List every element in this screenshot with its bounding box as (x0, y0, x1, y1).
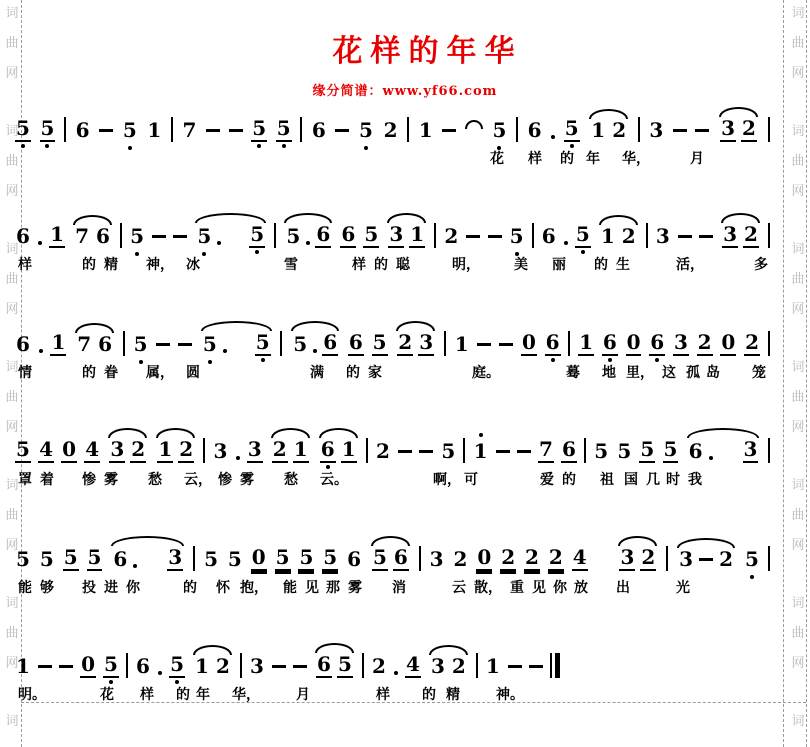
lyric-char: 华， (622, 148, 650, 168)
duration-dash (477, 343, 491, 346)
slur-group: 23 (395, 330, 436, 356)
source-subtitle: 缘分简谱：www.yf66.com (0, 80, 810, 99)
music-note: 2 (272, 437, 288, 463)
watermark-char: 词 (790, 6, 806, 21)
lyric-char: 罩 (18, 469, 32, 489)
lyric-char: 属， (146, 362, 174, 382)
music-note: 2 (744, 330, 760, 356)
barline (419, 546, 421, 571)
lyric-char: 爱 (540, 469, 554, 489)
music-note: 5 (276, 116, 292, 142)
lyric-row: 情的眷属，圆满的家庭。蓦地里，这孤岛笼 (15, 362, 810, 382)
lyric-char: 花 (100, 684, 114, 704)
slur-group: 32 (676, 547, 736, 571)
lyric-char: 消 (392, 577, 406, 597)
music-note: 5 (196, 224, 212, 248)
music-note: 1 (194, 654, 210, 678)
augmentation-dot (38, 241, 42, 245)
music-note: 5 (363, 222, 379, 248)
song-title: 花样的年华 (45, 26, 810, 70)
music-line-5: 555563550555656320222432325能够投进你的怀抱，能见那雾… (0, 531, 810, 611)
music-note: 2 (697, 330, 713, 356)
music-note: 5 (616, 439, 632, 463)
music-note: 3 (430, 654, 446, 678)
music-note: 6 (316, 652, 332, 678)
barline (768, 331, 770, 356)
tie-arc-icon (465, 120, 483, 129)
music-note: 5 (509, 224, 525, 248)
music-note: 5 (87, 545, 103, 571)
duration-dash (178, 343, 192, 346)
final-barline (550, 653, 560, 678)
barline (123, 331, 125, 356)
barline (768, 223, 770, 248)
lyric-char: 能 (18, 577, 32, 597)
duration-dash (695, 129, 709, 132)
barline (126, 653, 128, 678)
lyric-char: 满 (310, 362, 324, 382)
lyric-char: 明。 (18, 684, 46, 704)
barline (646, 223, 648, 248)
spacer (226, 247, 244, 248)
music-note: 2 (215, 654, 231, 678)
music-note: 3 (247, 437, 263, 463)
duration-dash (152, 235, 166, 238)
music-note: 0 (720, 330, 736, 356)
duration-dash (229, 129, 243, 132)
music-note: 2 (621, 224, 637, 248)
slur-group: 76 (74, 332, 115, 356)
lyric-char: 孤 (686, 362, 700, 382)
duration-dash (699, 558, 713, 561)
music-note: 5 (203, 547, 219, 571)
music-note: 5 (15, 116, 31, 142)
music-note: 1 (49, 222, 65, 248)
duration-dash (488, 235, 502, 238)
music-note: 5 (358, 118, 374, 142)
spacer (232, 355, 250, 356)
barline (532, 223, 534, 248)
augmentation-dot (223, 349, 227, 353)
music-note: 6 (393, 545, 409, 571)
slur-group: 55 (194, 222, 267, 248)
lyric-char: 雪 (284, 254, 298, 274)
lyric-char: 精 (104, 254, 118, 274)
slur-group: 32 (107, 437, 148, 463)
lyric-char: 愁 (148, 469, 162, 489)
barline (64, 117, 66, 142)
lyric-char: 投 (82, 577, 96, 597)
music-note: 2 (453, 547, 469, 571)
music-note: 4 (572, 545, 588, 571)
slur-group: 12 (598, 224, 639, 248)
slur-group: 12 (155, 437, 196, 463)
music-line-4: 5404321233216125176555563罩着惨雾愁云，惨雾愁云。啊，可… (0, 423, 810, 503)
duration-dash (496, 450, 510, 453)
music-line-3: 617655556652310616063202情的眷属，圆满的家庭。蓦地里，这… (0, 316, 810, 396)
lyric-char: 抱， (240, 577, 268, 597)
lyric-char: 重 (510, 577, 524, 597)
lyric-row: 样的精神，冰雪样的聪明，美丽的生活，多 (15, 254, 810, 274)
lyric-char: 的 (82, 362, 96, 382)
music-note: 1 (341, 437, 357, 463)
barline (362, 653, 364, 678)
duration-dash (508, 665, 522, 668)
music-note: 5 (169, 652, 185, 678)
music-note: 2 (451, 654, 467, 678)
lyric-char: 月 (296, 684, 310, 704)
music-note: 7 (74, 224, 90, 248)
music-note: 6 (320, 437, 336, 463)
music-note: 3 (388, 222, 404, 248)
barline (463, 438, 465, 463)
lyric-char: 时 (666, 469, 680, 489)
barline (193, 546, 195, 571)
music-note: 0 (521, 330, 537, 356)
music-note: 5 (40, 116, 56, 142)
music-note: 5 (744, 547, 760, 571)
barline (444, 331, 446, 356)
lyric-char: 雾 (348, 577, 362, 597)
duration-dash (499, 343, 513, 346)
music-note: 6 (340, 222, 356, 248)
slur-group: 12 (588, 118, 629, 142)
lyric-char: 多 (754, 254, 768, 274)
lyric-char: 明， (452, 254, 480, 274)
music-note: 5 (15, 547, 31, 571)
watermark-char: 词 (4, 6, 20, 21)
lyric-char: 雾 (240, 469, 254, 489)
lyric-char: 丽 (552, 254, 566, 274)
music-note: 5 (15, 437, 31, 463)
music-note: 0 (476, 545, 492, 571)
lyric-char: 冰 (186, 254, 200, 274)
music-line-6: 105651236524321明。花样的年华，月样的精神。 (0, 638, 810, 718)
music-note: 3 (673, 330, 689, 356)
music-note: 6 (322, 330, 338, 356)
music-note: 5 (575, 222, 591, 248)
slur-group: 61 (318, 437, 359, 463)
music-note: 6 (348, 330, 364, 356)
lyric-char: 云。 (320, 469, 348, 489)
music-note: 3 (418, 330, 434, 356)
lyric-char: 的 (82, 254, 96, 274)
augmentation-dot (133, 564, 137, 568)
spacer (596, 570, 610, 571)
music-note: 7 (181, 118, 197, 142)
lyric-char: 进 (104, 577, 118, 597)
lyric-row: 罩着惨雾愁云，惨雾愁云。啊，可爱的祖国几时我 (15, 469, 810, 489)
duration-dash (517, 450, 531, 453)
slur-group: 32 (617, 545, 658, 571)
lyric-char: 出 (616, 577, 630, 597)
music-note: 6 (545, 330, 561, 356)
note-row: 617655556652310616063202 (15, 326, 770, 356)
barline (280, 331, 282, 356)
note-row: 55651755652156512332 (15, 112, 770, 142)
duration-dash (38, 665, 52, 668)
barline (240, 653, 242, 678)
slur-group: 32 (720, 222, 761, 248)
lyric-char: 能 (283, 577, 297, 597)
lyric-char: 花 (490, 148, 504, 168)
slur-group: 31 (386, 222, 427, 248)
music-note: 3 (678, 547, 694, 571)
barline (768, 117, 770, 142)
augmentation-dot (158, 671, 162, 675)
music-note: 3 (619, 545, 635, 571)
music-note: 5 (372, 545, 388, 571)
barline (407, 117, 409, 142)
music-note: 5 (227, 547, 243, 571)
barline (120, 223, 122, 248)
slur-group: 21 (270, 437, 311, 463)
watermark-char: 网 (4, 302, 20, 317)
slur-group: 63 (110, 545, 185, 571)
lyric-char: 怀 (216, 577, 230, 597)
music-note: 2 (640, 545, 656, 571)
lyric-char: 月 (690, 148, 704, 168)
lyric-char: 你 (126, 577, 140, 597)
music-note: 7 (76, 332, 92, 356)
lyric-char: 样 (528, 148, 542, 168)
music-note: 6 (561, 437, 577, 463)
lyric-char: 圆 (186, 362, 200, 382)
music-note: 3 (743, 437, 759, 463)
barline (274, 223, 276, 248)
music-note: 5 (129, 224, 145, 248)
augmentation-dot (306, 241, 310, 245)
music-note: 3 (212, 439, 228, 463)
duration-dash (173, 235, 187, 238)
lyric-char: 着 (40, 469, 54, 489)
music-note: 3 (167, 545, 183, 571)
music-note: 2 (383, 118, 399, 142)
music-note: 7 (538, 437, 554, 463)
note-row: 6176555566531256512332 (15, 218, 770, 248)
lyric-char: 你 (553, 577, 567, 597)
lyric-char: 美 (514, 254, 528, 274)
lyric-char: 的 (374, 254, 388, 274)
music-note: 3 (720, 116, 736, 142)
music-note: 5 (663, 437, 679, 463)
music-note: 5 (337, 652, 353, 678)
lyric-char: 云 (452, 577, 466, 597)
music-note: 6 (649, 330, 665, 356)
barline (171, 117, 173, 142)
lyric-char: 可 (464, 469, 478, 489)
music-note: 1 (590, 118, 606, 142)
music-note: 6 (75, 118, 91, 142)
lyric-char: 精 (446, 684, 460, 704)
slur-group: 63 (686, 437, 761, 463)
duration-dash (335, 129, 349, 132)
music-line-2: 6176555566531256512332样的精神，冰雪样的聪明，美丽的生活，… (0, 208, 810, 288)
music-note: 5 (593, 439, 609, 463)
barline (584, 438, 586, 463)
duration-dash (156, 343, 170, 346)
lyric-char: 家 (368, 362, 382, 382)
music-note: 5 (440, 439, 456, 463)
lyric-char: 的 (594, 254, 608, 274)
slur-group: 65 (314, 652, 355, 678)
augmentation-dot (236, 456, 240, 460)
note-row: 5404321233216125176555563 (15, 433, 770, 463)
music-note: 6 (527, 118, 543, 142)
lyric-char: 庭。 (472, 362, 500, 382)
music-note: 3 (722, 222, 738, 248)
barline-thin (550, 653, 552, 678)
lyric-char: 年 (196, 684, 210, 704)
music-note: 5 (275, 545, 291, 571)
lyric-char: 惨 (218, 469, 232, 489)
music-note: 6 (135, 654, 151, 678)
duration-dash (529, 665, 543, 668)
lyric-char: 光 (676, 577, 690, 597)
watermark-char: 网 (4, 66, 20, 81)
lyric-char: 生 (616, 254, 630, 274)
music-note: 5 (202, 332, 218, 356)
watermark-char: 网 (790, 302, 806, 317)
barline (476, 653, 478, 678)
lyric-char: 岛 (706, 362, 720, 382)
slur-group: 56 (283, 222, 333, 248)
lyric-char: 见 (532, 577, 546, 597)
music-note: 5 (285, 224, 301, 248)
note-row: 105651236524321 (15, 648, 560, 678)
slur-group: 32 (718, 116, 759, 142)
lyric-char: 神， (146, 254, 174, 274)
music-note: 1 (418, 118, 434, 142)
duration-dash (699, 235, 713, 238)
music-note: 0 (61, 437, 77, 463)
lyric-char: 云， (184, 469, 212, 489)
music-note: 1 (146, 118, 162, 142)
augmentation-dot (313, 349, 317, 353)
music-note: 5 (122, 118, 138, 142)
music-note: 5 (255, 330, 271, 356)
music-note: 1 (293, 437, 309, 463)
barline (768, 438, 770, 463)
lyric-char: 神。 (496, 684, 524, 704)
music-note: 3 (655, 224, 671, 248)
slur-group: 56 (290, 330, 340, 356)
duration-dash (466, 235, 480, 238)
augmentation-dot (709, 456, 713, 460)
music-note: 6 (688, 439, 704, 463)
lyric-char: 的 (176, 684, 190, 704)
watermark-char: 曲 (4, 508, 20, 523)
barline (638, 117, 640, 142)
music-note: 6 (97, 332, 113, 356)
music-note: 5 (491, 118, 507, 142)
music-note: 5 (63, 545, 79, 571)
music-note: 5 (133, 332, 149, 356)
lyric-char: 眷 (104, 362, 118, 382)
slur-group: 56 (370, 545, 411, 571)
music-note: 6 (112, 547, 128, 571)
barline (568, 331, 570, 356)
lyric-char: 聪 (396, 254, 410, 274)
lyric-char: 的 (346, 362, 360, 382)
lyric-char: 国 (624, 469, 638, 489)
lyric-char: 的 (562, 469, 576, 489)
music-note: 6 (311, 118, 327, 142)
lyric-char: 的 (183, 577, 197, 597)
barline (516, 117, 518, 142)
watermark-char: 网 (790, 184, 806, 199)
lyric-char: 那 (326, 577, 340, 597)
barline (300, 117, 302, 142)
music-note: 6 (346, 547, 362, 571)
duration-dash (419, 450, 433, 453)
music-note: 5 (39, 547, 55, 571)
lyric-char: 放 (574, 577, 588, 597)
music-note: 1 (454, 332, 470, 356)
lyric-char: 的 (422, 684, 436, 704)
music-note: 2 (130, 437, 146, 463)
music-note: 6 (602, 330, 618, 356)
music-note: 2 (524, 545, 540, 571)
music-note: 5 (372, 330, 388, 356)
music-note: 1 (50, 330, 66, 356)
slur-group: 76 (72, 224, 113, 248)
lyric-char: 的 (560, 148, 574, 168)
duration-dash (206, 129, 220, 132)
lyric-char: 地 (602, 362, 616, 382)
music-note: 2 (178, 437, 194, 463)
lyric-char: 啊， (433, 469, 461, 489)
barline (434, 223, 436, 248)
music-note: 5 (103, 652, 119, 678)
music-note: 5 (322, 545, 338, 571)
music-note: 1 (578, 330, 594, 356)
slur-group: 55 (200, 330, 273, 356)
lyric-char: 见 (305, 577, 319, 597)
duration-dash (293, 665, 307, 668)
music-note: 5 (564, 116, 580, 142)
music-note: 0 (251, 545, 267, 571)
duration-dash (398, 450, 412, 453)
music-note: 5 (292, 332, 308, 356)
lyric-char: 祖 (600, 469, 614, 489)
lyric-char: 我 (688, 469, 702, 489)
barline-thick (555, 653, 560, 678)
music-note: 3 (429, 547, 445, 571)
lyric-char: 散， (474, 577, 502, 597)
lyric-char: 里， (626, 362, 654, 382)
music-note: 1 (600, 224, 616, 248)
music-note: 2 (397, 330, 413, 356)
duration-dash (59, 665, 73, 668)
music-note: 3 (109, 437, 125, 463)
lyric-char: 样 (376, 684, 390, 704)
lyric-char: 笼 (752, 362, 766, 382)
duration-dash (673, 129, 687, 132)
music-note: 5 (249, 222, 265, 248)
music-note: 5 (251, 116, 267, 142)
music-note: 2 (718, 547, 734, 571)
music-note: 2 (375, 439, 391, 463)
lyric-char: 惨 (82, 469, 96, 489)
lyric-char: 样 (352, 254, 366, 274)
augmentation-dot (551, 135, 555, 139)
music-note: 6 (15, 224, 31, 248)
music-note: 2 (743, 222, 759, 248)
lyric-char: 蓦 (566, 362, 580, 382)
watermark-char: 曲 (4, 36, 20, 51)
barline (366, 438, 368, 463)
